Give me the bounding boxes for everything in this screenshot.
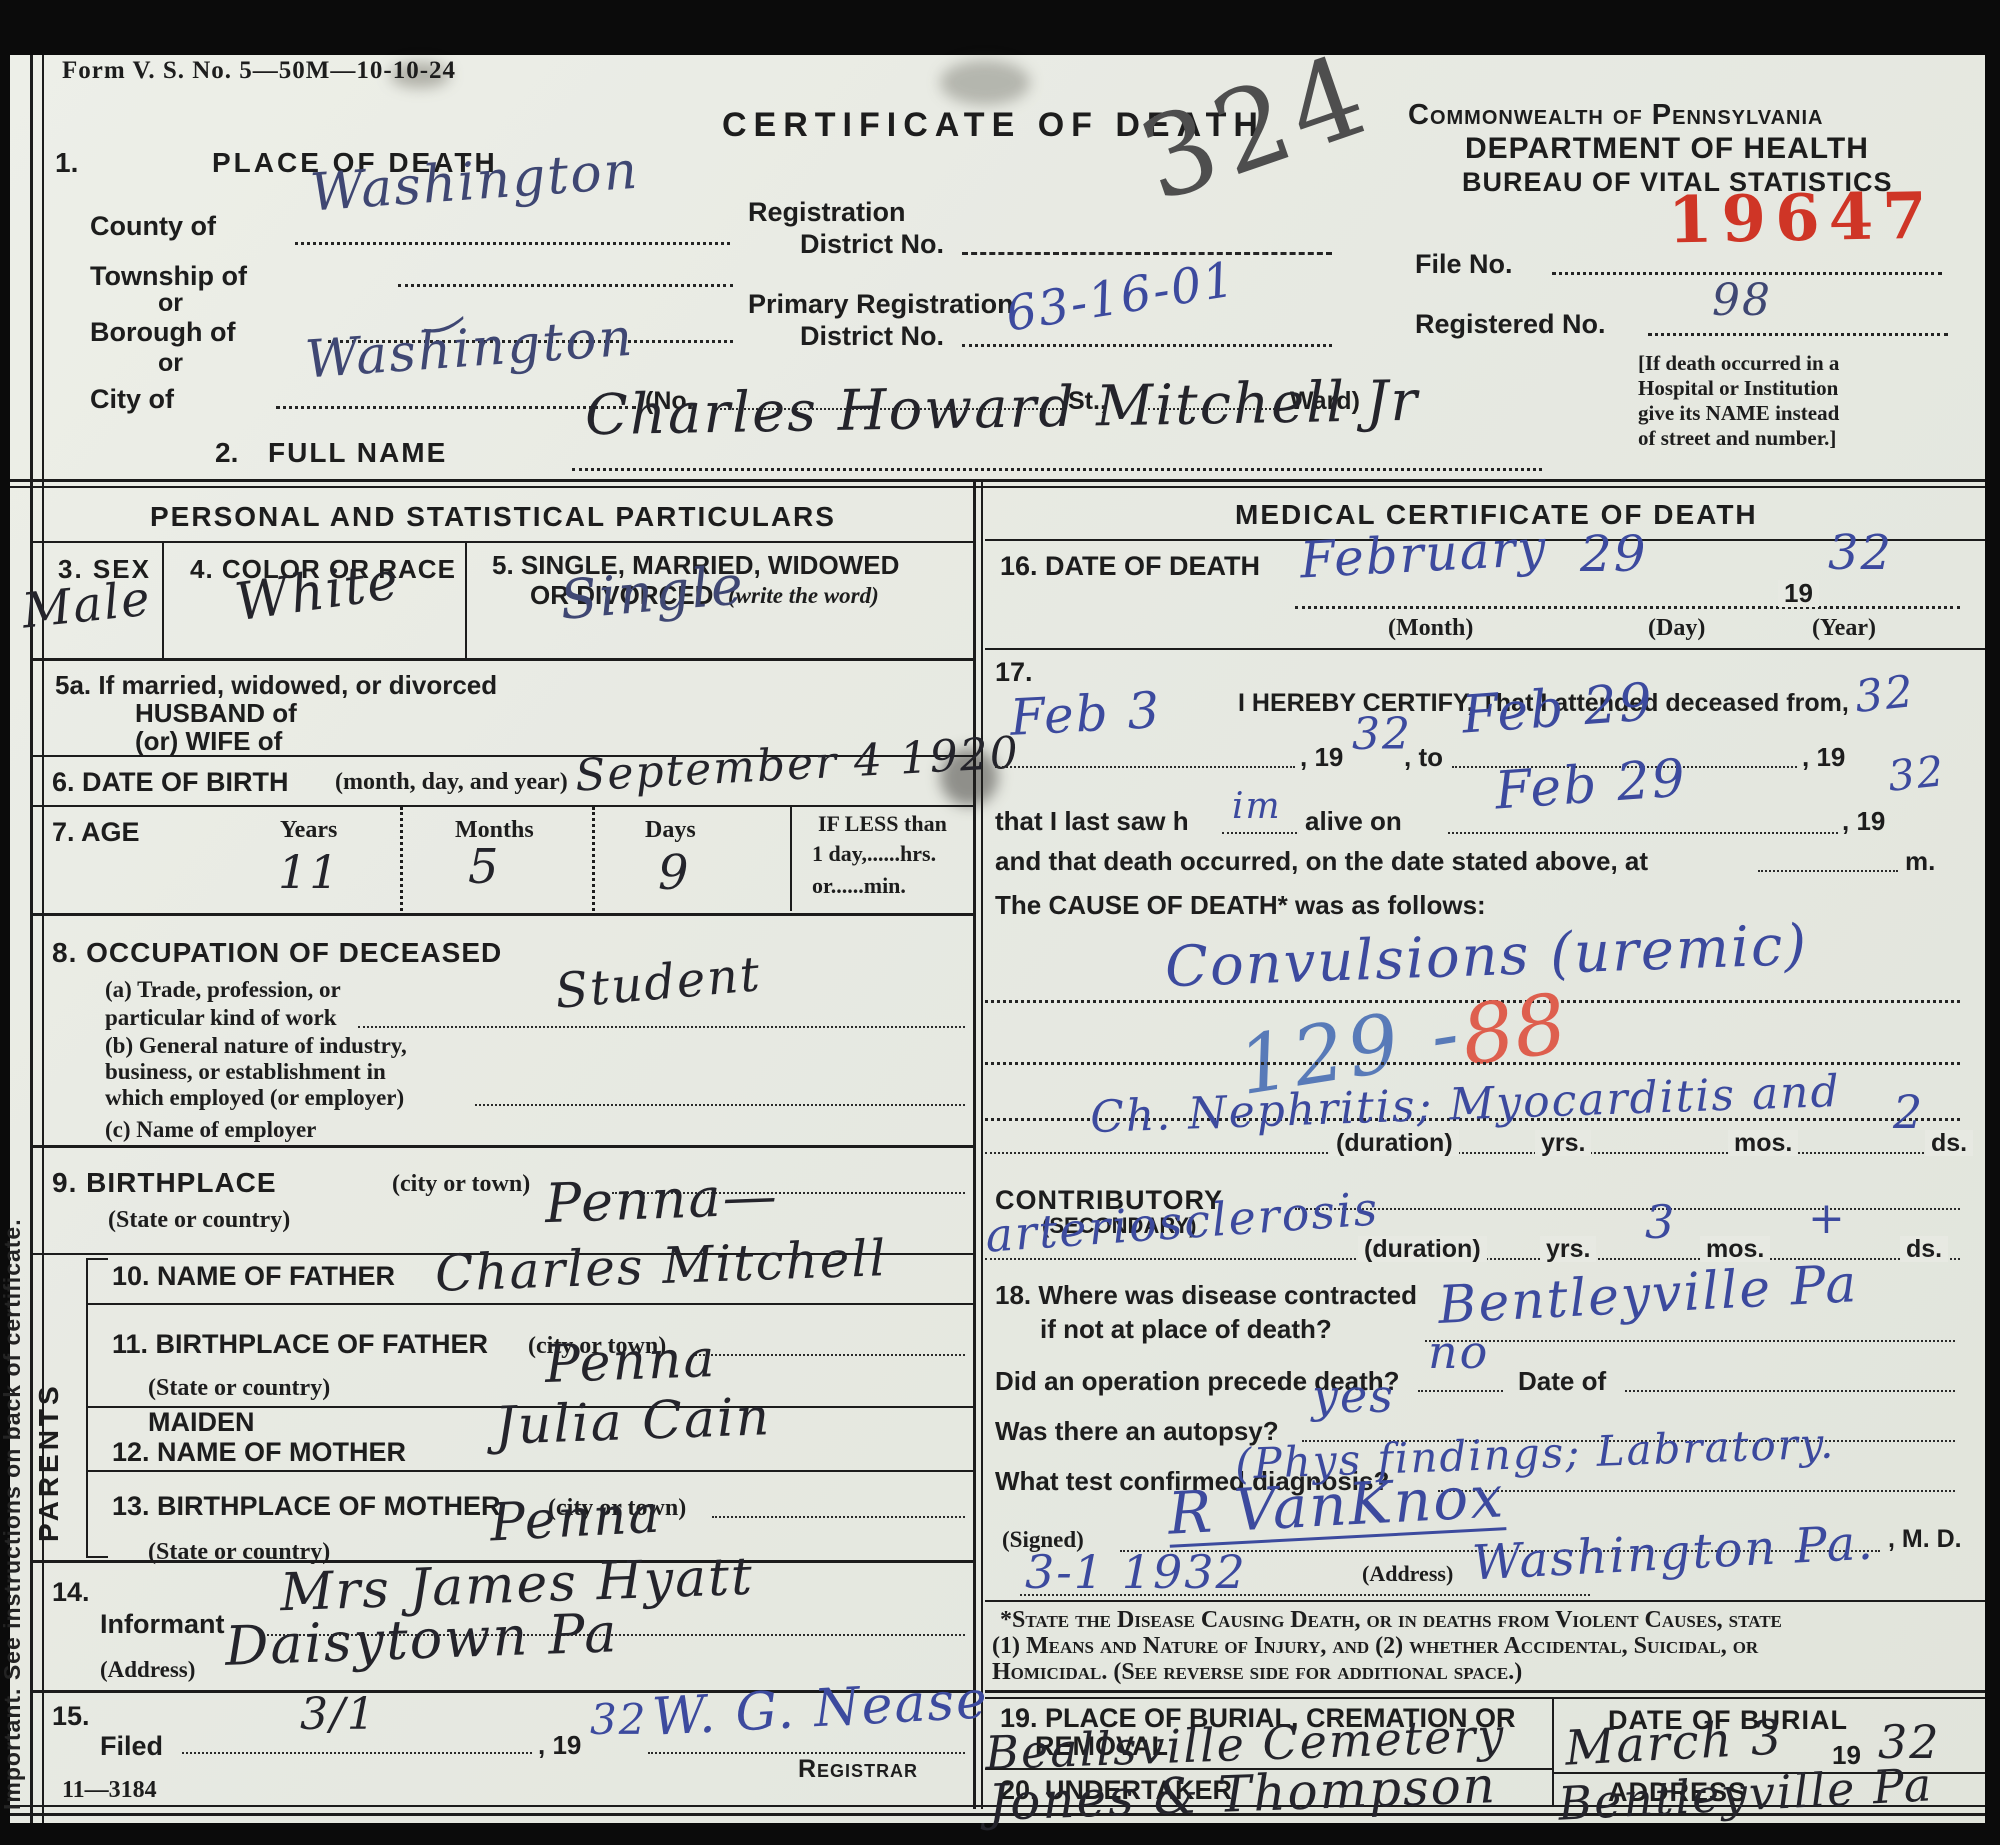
occupation-c-label: (c) Name of employer — [105, 1118, 316, 1142]
date-of-death-label: 16. DATE OF DEATH — [1000, 552, 1260, 580]
filed-line-1 — [182, 1752, 532, 1754]
primary-registration-label-1: Primary Registration — [748, 290, 1014, 318]
mother-birthplace-label: 13. BIRTHPLACE OF MOTHER — [112, 1492, 501, 1520]
s18-line — [1425, 1340, 1955, 1342]
month-note: (Month) — [1388, 616, 1473, 641]
occupation-a-line — [358, 1026, 965, 1028]
marital-note: (write the word) — [728, 584, 879, 608]
md-label: , M. D. — [1888, 1526, 1962, 1552]
registered-no-label: Registered No. — [1415, 310, 1606, 338]
attended-from-year-value: 32 — [1352, 712, 1412, 758]
duration1-ds-label: ds. — [1925, 1130, 1973, 1156]
informant-address-value: Daisytown Pa — [224, 1605, 619, 1675]
dob-note: (month, day, and year) — [335, 770, 568, 795]
duration2-mos-value: 3 — [1645, 1198, 1676, 1246]
file-no-label: File No. — [1415, 250, 1513, 278]
signed-address-label: (Address) — [1362, 1562, 1453, 1585]
primary-registration-label-2: District No. — [800, 322, 944, 350]
informant-label: Informant — [100, 1610, 225, 1638]
attended-from-line — [995, 766, 1295, 768]
or-label-2: or — [158, 350, 183, 376]
sex-value: Male — [20, 573, 154, 637]
lastsaw-him-line — [1222, 832, 1297, 834]
ifless-l1: IF LESS than — [818, 812, 947, 835]
primary-registration-line — [962, 344, 1332, 347]
hospital-note-l3: give its NAME instead — [1638, 402, 1839, 424]
lastsaw-date-value: Feb 29 — [1493, 751, 1688, 819]
mother-bottom-rule — [88, 1470, 975, 1472]
column-divider-b — [981, 479, 983, 1809]
left-border-outer — [30, 55, 33, 1823]
dob-label: 6. DATE OF BIRTH — [52, 768, 289, 796]
occupation-b-label-1: (b) General nature of industry, — [105, 1034, 407, 1058]
attended-to-year-value: 32 — [1853, 669, 1917, 721]
father-birthplace-note-2: (State or country) — [148, 1376, 330, 1401]
township-label: Township of — [90, 262, 247, 290]
mother-birthplace-line — [712, 1516, 965, 1518]
informant-number: 14. — [52, 1578, 90, 1606]
lastsaw-19-printed: , 19 — [1842, 808, 1885, 835]
day-note: (Day) — [1648, 616, 1705, 641]
hospital-note-l1: [If death occurred in a — [1638, 352, 1839, 374]
attended-to-label: , to — [1404, 744, 1443, 771]
father-birthplace-label: 11. BIRTHPLACE OF FATHER — [112, 1330, 488, 1358]
attended-to-19-printed: , 19 — [1802, 744, 1845, 771]
age-days-label: Days — [645, 818, 696, 843]
filed-year-value: 32 — [590, 1698, 647, 1742]
m-label: m. — [1905, 848, 1935, 875]
filed-line-2 — [648, 1752, 965, 1754]
burial-top-rule-a — [985, 1690, 1985, 1693]
lastsaw-him-value: im — [1232, 788, 1282, 826]
duration2-ds-label: ds. — [1900, 1236, 1948, 1262]
cause-code-red-pencil: 88 — [1457, 981, 1572, 1081]
scan-smudge-top — [940, 60, 1030, 105]
occupation-a-label-1: (a) Trade, profession, or — [105, 978, 341, 1002]
father-birthplace-value: Penna — [544, 1332, 717, 1393]
birthplace-value: Penna— — [544, 1168, 779, 1233]
left-section-header: PERSONAL AND STATISTICAL PARTICULARS — [150, 502, 836, 531]
filed-label: Filed — [100, 1732, 163, 1760]
occupation-b-line — [475, 1104, 965, 1106]
autopsy-value: yes — [1312, 1372, 1395, 1420]
file-number-stamp: 19647 — [1667, 183, 1936, 255]
attended-from-19-printed: , 19 — [1300, 744, 1343, 771]
date-of-death-line — [1295, 606, 1960, 609]
duration2-label: (duration) — [1358, 1236, 1487, 1262]
operation-line-2 — [1625, 1390, 1955, 1392]
date-of-death-month-value: February — [1299, 522, 1549, 587]
dob-bottom-rule — [30, 805, 975, 807]
ifless-l2: 1 day,......hrs. — [812, 842, 936, 865]
lastsaw-line — [1448, 832, 1838, 834]
date-of-death-19-printed: 19 — [1778, 580, 1819, 607]
lastsaw-post-label: alive on — [1305, 808, 1402, 835]
fullname-label: FULL NAME — [268, 438, 447, 467]
borough-label: Borough of — [90, 318, 235, 346]
s18-label-2: if not at place of death? — [1040, 1316, 1332, 1343]
age-years-label: Years — [280, 818, 337, 843]
burial-date-value: March 3 — [1564, 1712, 1785, 1774]
age-bottom-rule — [30, 913, 975, 916]
burial-top-rule-b — [985, 1697, 1985, 1699]
occupation-a-label-2: particular kind of work — [105, 1006, 337, 1030]
age-label: 7. AGE — [52, 818, 140, 846]
commonwealth-line: Commonwealth of Pennsylvania — [1408, 100, 1823, 130]
row345-bottom-rule — [30, 658, 975, 661]
signed-date-line — [1020, 1594, 1590, 1596]
operation-date-label: Date of — [1518, 1368, 1606, 1395]
registered-no-value: 98 — [1712, 278, 1772, 324]
section1-number: 1. — [55, 148, 78, 177]
ifless-l3: or......min. — [812, 874, 906, 897]
hospital-note-l4: of street and number.] — [1638, 427, 1836, 449]
father-bottom-rule — [88, 1303, 975, 1305]
city-label: City of — [90, 385, 174, 413]
filed-19-printed: , 19 — [538, 1732, 581, 1759]
test-line — [1438, 1490, 1955, 1492]
occupation-b-label-2: business, or establishment in — [105, 1060, 386, 1084]
form-number: Form V. S. No. 5—50M—10-10-24 — [62, 58, 456, 84]
age-years-value: 11 — [278, 848, 341, 896]
lastsaw-pre-label: that I last saw h — [995, 808, 1189, 835]
contributory-line — [1295, 1208, 1960, 1210]
death-occurred-line — [1758, 870, 1898, 872]
age-divider-3 — [790, 807, 792, 911]
filed-number: 15. — [52, 1702, 90, 1730]
s18-label-1: 18. Where was disease contracted — [995, 1282, 1417, 1309]
footnote-line-2: (1) Means and Nature of Injury, and (2) … — [992, 1634, 1758, 1659]
department-line: DEPARTMENT OF HEALTH — [1465, 133, 1869, 165]
side-note-vertical: Important. See instructions on back of c… — [0, 735, 24, 1810]
parents-bracket-bottom — [86, 1556, 108, 1558]
year-note: (Year) — [1812, 616, 1876, 641]
death-certificate-scan: Form V. S. No. 5—50M—10-10-24 CERTIFICAT… — [0, 0, 2000, 1845]
cause-line-2 — [985, 1062, 1960, 1065]
occupation-label: 8. OCCUPATION OF DECEASED — [52, 938, 502, 967]
cell-divider-race-marital — [465, 543, 467, 658]
s5a-label-2: HUSBAND of — [135, 700, 297, 727]
column-divider-a — [973, 479, 976, 1809]
registration-label-2: District No. — [800, 230, 944, 258]
footnote-line-3: Homicidal. (See reverse side for additio… — [992, 1660, 1522, 1685]
age-divider-2 — [592, 807, 595, 911]
lastsaw-year-value: 32 — [1886, 749, 1948, 799]
duration1-yrs-label: yrs. — [1535, 1130, 1591, 1156]
cause-of-death-label: The CAUSE OF DEATH* was as follows: — [995, 892, 1486, 919]
father-label: 10. NAME OF FATHER — [112, 1262, 395, 1290]
registration-line — [962, 252, 1332, 255]
age-divider-1 — [400, 807, 403, 911]
date-of-death-year-value: 32 — [1828, 528, 1893, 578]
fullname-number: 2. — [215, 438, 238, 467]
s5a-label-3: (or) WIFE of — [135, 728, 282, 755]
duration2-plus-value: + — [1808, 1196, 1847, 1242]
mother-label: 12. NAME OF MOTHER — [112, 1438, 406, 1466]
death-occurred-statement: and that death occurred, on the date sta… — [995, 848, 1648, 875]
s17-number: 17. — [995, 658, 1033, 686]
attended-from-value: Feb 3 — [1009, 684, 1163, 744]
burial-divider — [1552, 1697, 1554, 1807]
date-of-death-day-value: 29 — [1580, 528, 1648, 581]
operation-line-1 — [1418, 1390, 1503, 1392]
fullname-value: Charles Howard Mitchell Jr — [585, 373, 1420, 446]
table-top-rule-b — [10, 486, 1985, 488]
birthplace-label: 9. BIRTHPLACE — [52, 1168, 277, 1197]
occupation-b-label-3: which employed (or employer) — [105, 1086, 404, 1110]
duration1-mos-label: mos. — [1728, 1130, 1798, 1156]
hospital-note-l2: Hospital or Institution — [1638, 377, 1838, 399]
s5a-label-1: 5a. If married, widowed, or divorced — [55, 672, 497, 699]
birthplace-note-2: (State or country) — [108, 1208, 290, 1233]
or-label-1: or — [158, 290, 183, 316]
age-days-value: 9 — [658, 848, 691, 898]
occupation-bottom-rule — [30, 1145, 975, 1148]
registration-label-1: Registration — [748, 198, 906, 226]
parents-bracket-top — [86, 1258, 108, 1260]
table-top-rule-a — [10, 479, 1985, 482]
left-header-rule — [30, 541, 975, 543]
parents-label: PARENTS — [34, 1282, 63, 1542]
duration1-line — [985, 1152, 1960, 1154]
footnote-line-1: *State the Disease Causing Death, or in … — [1000, 1608, 1782, 1633]
mother-birthplace-value: Penna — [489, 1488, 663, 1551]
fullname-line — [572, 468, 1542, 471]
informant-address-label: (Address) — [100, 1658, 195, 1682]
signed-bottom-rule — [985, 1600, 1985, 1602]
operation-value: no — [1428, 1328, 1489, 1376]
city-line — [276, 406, 636, 409]
registrar-label: Registrar — [798, 1756, 918, 1782]
filed-date-value: 3/1 — [300, 1692, 377, 1738]
father-birthplace-line — [695, 1354, 965, 1356]
county-label: County of — [90, 212, 216, 240]
form-footer-code: 11—3184 — [62, 1778, 157, 1803]
age-months-value: 5 — [468, 842, 501, 892]
left-border-inner — [42, 55, 44, 1823]
cell-divider-sex-race — [162, 543, 164, 658]
birthplace-note: (city or town) — [392, 1172, 530, 1197]
duration2-yrs-label: yrs. — [1540, 1236, 1596, 1262]
mother-value: Julia Cain — [494, 1390, 772, 1454]
signed-date-value: 3-1 1932 — [1025, 1548, 1247, 1596]
county-line — [295, 242, 730, 245]
maiden-label: MAIDEN — [148, 1408, 255, 1436]
attended-to-value: Feb 29 — [1460, 675, 1655, 743]
registered-no-line — [1648, 333, 1948, 336]
dod-bottom-rule — [985, 648, 1985, 650]
duration1-ds-value: 2 — [1893, 1088, 1924, 1136]
